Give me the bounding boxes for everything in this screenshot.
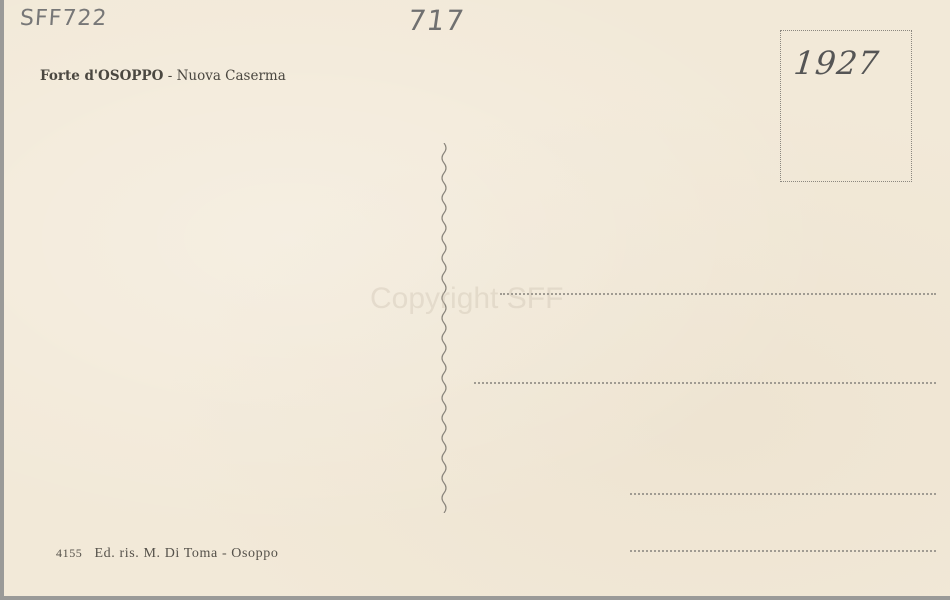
publisher-footer: 4155 Ed. ris. M. Di Toma - Osoppo xyxy=(56,546,278,562)
publisher-credit: Ed. ris. M. Di Toma - Osoppo xyxy=(95,546,279,561)
address-line-2 xyxy=(474,382,936,384)
title-separator: - xyxy=(168,68,173,84)
postcard-title: Forte d'OSOPPO - Nuova Caserma xyxy=(40,68,286,84)
address-line-4 xyxy=(630,550,936,552)
copyright-watermark: Copyright SFF xyxy=(370,282,563,316)
title-place: Forte d'OSOPPO xyxy=(40,68,163,84)
catalog-number: 717 xyxy=(406,4,467,37)
print-code: 4155 xyxy=(56,546,82,560)
wavy-divider xyxy=(438,143,450,513)
handwritten-year: 1927 xyxy=(792,44,881,82)
archive-reference: SFF722 xyxy=(19,6,108,31)
address-line-3 xyxy=(630,493,936,495)
address-line-1 xyxy=(500,293,936,295)
postcard-back: SFF722 717 Forte d'OSOPPO - Nuova Caserm… xyxy=(4,0,950,596)
title-subject: Nuova Caserma xyxy=(177,68,286,84)
